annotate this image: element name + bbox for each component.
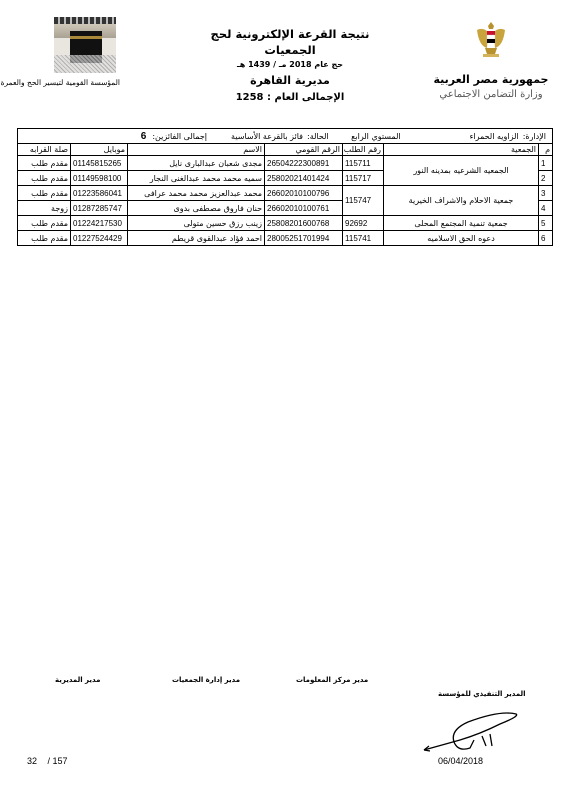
cell-national-id: 26504222300891 — [265, 156, 343, 171]
cell-mobile: 01145815265 — [71, 156, 128, 171]
col-name: الاسم — [128, 144, 265, 156]
cell-relation: زوجة — [18, 201, 71, 216]
sig-associations-admin: مدير إدارة الجمعيات — [172, 676, 240, 684]
admin-value: الزاويه الحمراء — [401, 130, 519, 143]
cell-mobile: 01224217530 — [71, 216, 128, 231]
hajj-year: حج عام 2018 مـ / 1439 هـ — [190, 58, 390, 72]
winners-label: إجمالى الفائزين: — [152, 130, 207, 143]
report-header: نتيجة القرعة الإلكترونية لحج الجمعيات حج… — [190, 26, 390, 106]
cell-relation: مقدم طلب — [18, 186, 71, 201]
grand-total-value: 1258 — [236, 92, 264, 103]
ministry-logo: جمهورية مصر العربية وزارة التضامن الاجتم… — [432, 20, 550, 102]
country-name: جمهورية مصر العربية — [432, 72, 550, 87]
cell-national-id: 26602010100761 — [265, 201, 343, 216]
cell-request-no: 92692 — [343, 216, 384, 231]
col-national-id: الرقم القومي — [265, 144, 343, 156]
winners-table: الإدارة: الزاويه الحمراء المستوي الرابع … — [17, 128, 553, 246]
status-value: فائز بالقرعة الأساسية — [207, 130, 303, 143]
cell-name: زينب رزق حسين متولى — [128, 216, 265, 231]
report-title: نتيجة القرعة الإلكترونية لحج الجمعيات — [190, 26, 390, 58]
cell-request-no: 115711 — [343, 156, 384, 171]
col-relation: صلة القرابه — [18, 144, 71, 156]
cell-relation: مقدم طلب — [18, 171, 71, 186]
cell-association: الجمعيه الشرعيه بمدينه النور — [384, 156, 539, 186]
table-row: 1 الجمعيه الشرعيه بمدينه النور 115711 26… — [18, 156, 553, 171]
cell-national-id: 26602010100796 — [265, 186, 343, 201]
cell-national-id: 25802021401424 — [265, 171, 343, 186]
grand-total: الإجمالى العام : 1258 — [190, 89, 390, 106]
sig-directorate: مدير المديرية — [55, 676, 100, 684]
cell-serial: 3 — [539, 186, 553, 201]
cell-association: دعوه الحق الاسلاميه — [384, 231, 539, 246]
header-row: م الجمعية رقم الطلب الرقم القومي الاسم م… — [18, 144, 553, 156]
cell-relation: مقدم طلب — [18, 231, 71, 246]
sig-info-center: مدير مركز المعلومات — [296, 676, 368, 684]
grand-total-label: الإجمالى العام : — [267, 92, 344, 103]
cell-name: احمد فؤاد عبدالقوى قريطم — [128, 231, 265, 246]
cell-request-no: 115747 — [343, 186, 384, 216]
col-mobile: موبايل — [71, 144, 128, 156]
directorate-name: مديرية القاهرة — [190, 72, 390, 89]
cell-national-id: 25808201600768 — [265, 216, 343, 231]
col-association: الجمعية — [384, 144, 539, 156]
info-row: الإدارة: الزاويه الحمراء المستوي الرابع … — [18, 129, 553, 144]
cell-name: حنان فاروق مصطفى بدوى — [128, 201, 265, 216]
sig-executive-director: المدير التنفيذي للمؤسسة — [438, 690, 526, 698]
page-total: / 157 — [48, 756, 68, 766]
winners-value: 6 — [141, 130, 147, 143]
cell-name: مجدى شعبان عبدالبارى نايل — [128, 156, 265, 171]
cell-serial: 4 — [539, 201, 553, 216]
signature-icon — [420, 712, 530, 756]
cell-association: جمعية تنمية المجتمع المحلى — [384, 216, 539, 231]
ministry-name: وزارة التضامن الاجتماعي — [432, 87, 550, 102]
institution-logo: المؤسسة القومية لتيسير الحج والعمرة — [50, 17, 120, 89]
cell-name: محمد عبدالعزيز محمد محمد عرافى — [128, 186, 265, 201]
cell-association: جمعية الاحلام والاشراف الخيرية — [384, 186, 539, 216]
table-row: 5 جمعية تنمية المجتمع المحلى 92692 25808… — [18, 216, 553, 231]
col-serial: م — [539, 144, 553, 156]
table-row: 3 جمعية الاحلام والاشراف الخيرية 115747 … — [18, 186, 553, 201]
cell-relation: مقدم طلب — [18, 156, 71, 171]
status-label: الحالة: — [307, 130, 329, 143]
table-row: 6 دعوه الحق الاسلاميه 115741 28005251701… — [18, 231, 553, 246]
cell-request-no: 115741 — [343, 231, 384, 246]
egypt-eagle-icon — [473, 20, 509, 60]
admin-label: الإدارة: — [523, 130, 546, 143]
page-indicator: 32 / 157 — [27, 756, 68, 766]
cell-name: سميه محمد محمد عبدالغنى النجار — [128, 171, 265, 186]
cell-mobile: 01223586041 — [71, 186, 128, 201]
cell-serial: 2 — [539, 171, 553, 186]
cell-mobile: 01287285747 — [71, 201, 128, 216]
cell-national-id: 28005251701994 — [265, 231, 343, 246]
cell-serial: 6 — [539, 231, 553, 246]
cell-relation: مقدم طلب — [18, 216, 71, 231]
cell-request-no: 115717 — [343, 171, 384, 186]
page-current: 32 — [27, 756, 37, 766]
cell-serial: 1 — [539, 156, 553, 171]
col-request-no: رقم الطلب — [343, 144, 384, 156]
report-date: 06/04/2018 — [438, 756, 483, 766]
cell-mobile: 01149598100 — [71, 171, 128, 186]
cell-mobile: 01227524429 — [71, 231, 128, 246]
institution-name: المؤسسة القومية لتيسير الحج والعمرة — [50, 77, 120, 89]
kaaba-icon — [54, 17, 116, 73]
cell-serial: 5 — [539, 216, 553, 231]
level-value: المستوي الرابع — [329, 130, 401, 143]
info-cell: الإدارة: الزاويه الحمراء المستوي الرابع … — [18, 129, 553, 144]
